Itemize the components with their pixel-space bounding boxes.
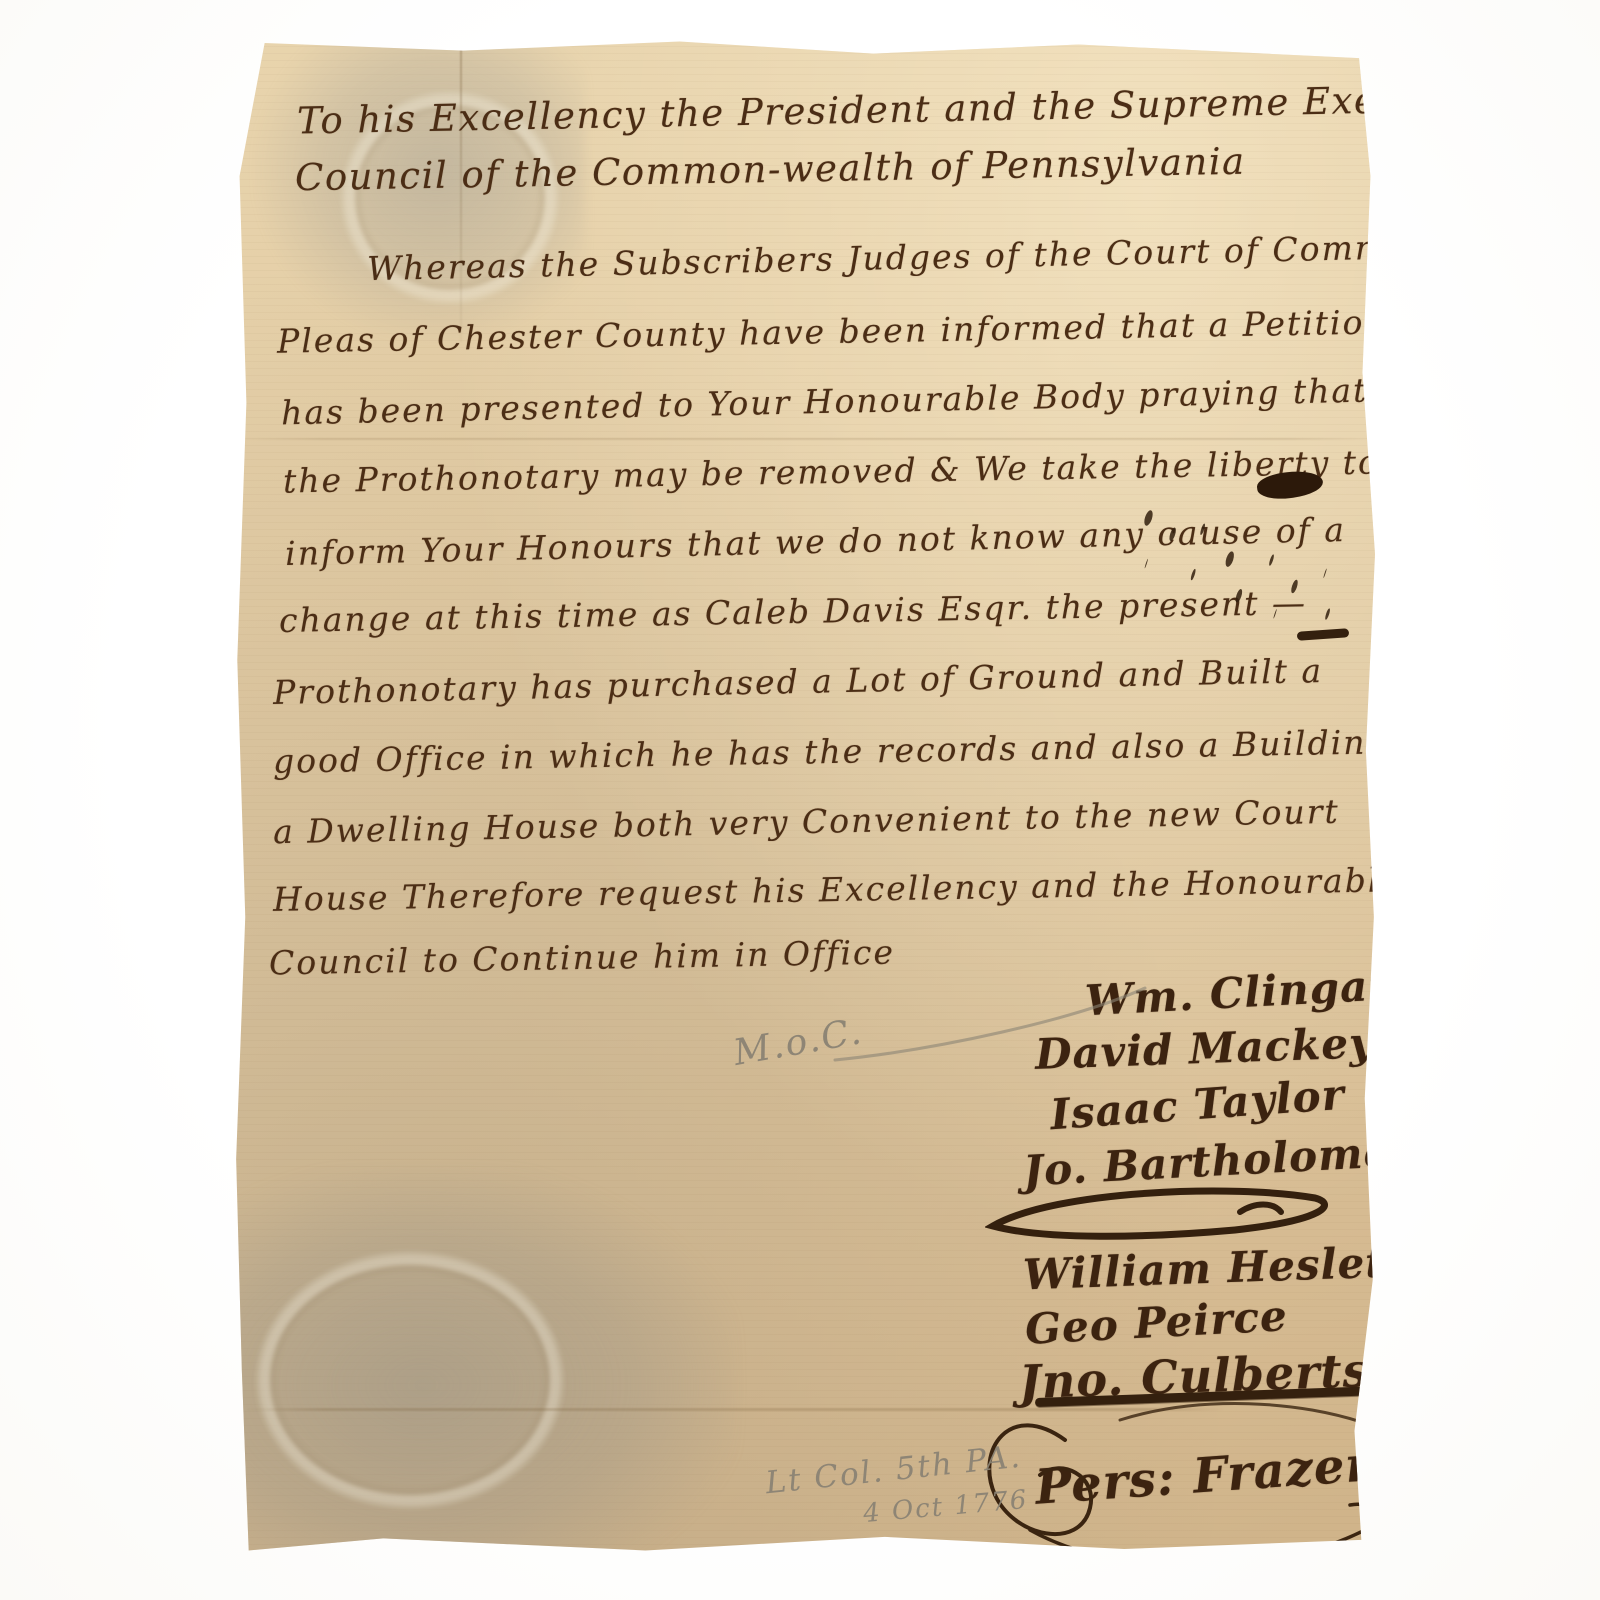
heading-line: To his Excellency the President and the … <box>297 76 1501 142</box>
signature: William Heslet <box>1022 1238 1386 1300</box>
body-line: Pleas of Chester County have been inform… <box>277 302 1388 360</box>
body-line: Prothonotary has purchased a Lot of Grou… <box>273 651 1324 712</box>
body-line: House Therefore request his Excellency a… <box>273 860 1402 919</box>
body-line: change at this time as Caleb Davis Esqr.… <box>279 583 1308 640</box>
body-line: the Prothonotary may be removed & We tak… <box>283 442 1380 500</box>
body-line: inform Your Honours that we do not know … <box>285 510 1347 573</box>
signature: Geo Peirce <box>1024 1291 1289 1354</box>
manuscript-page: To his Excellency the President and the … <box>235 40 1375 1552</box>
photo-backdrop: To his Excellency the President and the … <box>0 0 1600 1600</box>
body-line: Whereas the Subscribers Judges of the Co… <box>367 227 1434 288</box>
fold-crease-horizontal-lower <box>245 1408 1225 1411</box>
embossed-seal-bottom-left <box>260 1255 560 1505</box>
signature: David Mackey <box>1034 1018 1375 1079</box>
ink-dash-smear <box>1297 628 1350 641</box>
pencil-annotation-date: 4 Oct 1776 <box>862 1485 1030 1529</box>
signature: Wm. Clingan <box>1084 960 1401 1025</box>
body-line: good Office in which he has the records … <box>273 722 1390 780</box>
signature: Isaac Taylor <box>1049 1070 1347 1139</box>
moisture-stain-bottom-left <box>215 1170 735 1600</box>
heading-line: Council of the Common-wealth of Pennsylv… <box>295 140 1246 200</box>
pencil-annotation-center: M.o.C. <box>730 1011 866 1074</box>
body-line: Council to Continue him in Office <box>269 933 896 983</box>
body-line: has been presented to Your Honourable Bo… <box>281 371 1369 433</box>
fold-crease-horizontal-upper <box>235 438 1375 440</box>
signature: Pers: Frazer <box>1033 1436 1373 1515</box>
body-line: a Dwelling House both very Convenient to… <box>273 792 1340 851</box>
